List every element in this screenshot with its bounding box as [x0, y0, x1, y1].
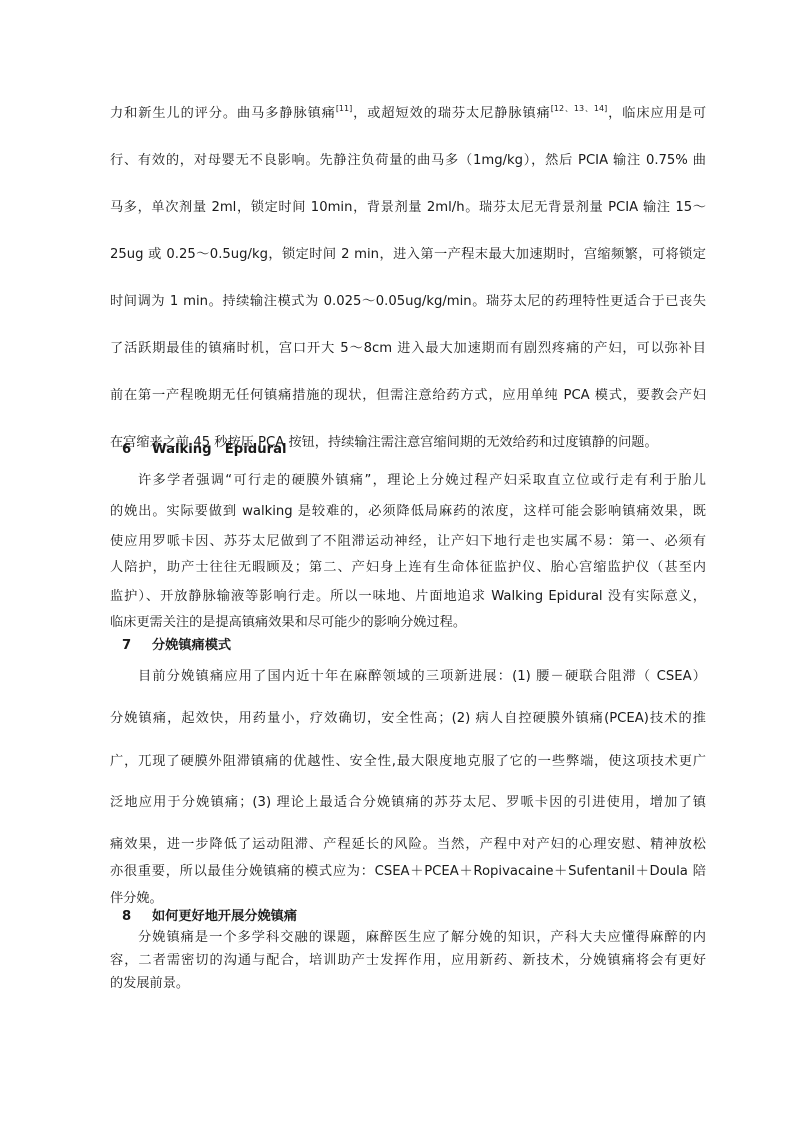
paragraph-line: 25ug 或 0.25～0.5ug/kg，锁定时间 2 min，进入第一产程末最…	[110, 246, 706, 264]
citation: [11]	[336, 104, 352, 113]
section-number: 7	[122, 637, 152, 655]
paragraph-line: 了活跃期最佳的镇痛时机，宫口开大 5～8cm 进入最大加速期而有剧烈疼痛的产妇，…	[110, 340, 706, 358]
paragraph-line: 使应用罗哌卡因、苏芬太尼做到了不阻滞运动神经，让产妇下地行走也实属不易：第一、必…	[110, 533, 706, 551]
paragraph-line: 人陪护，助产士往往无暇顾及；第二、产妇身上连有生命体征监护仪、胎心宫缩监护仪（甚…	[110, 559, 706, 577]
paragraph-line: 痛效果，进一步降低了运动阻滞、产程延长的风险。当然，产程中对产妇的心理安慰、精神…	[110, 836, 706, 854]
section-title: 如何更好地开展分娩镇痛	[152, 909, 297, 924]
section-title: 分娩镇痛模式	[152, 638, 231, 653]
section-number: 8	[122, 908, 152, 926]
section-number: 6	[122, 441, 152, 459]
paragraph-line: 行、有效的，对母婴无不良影响。先静注负荷量的曲马多（1mg/kg），然后 PCI…	[110, 152, 706, 170]
paragraph-line: 容，二者需密切的沟通与配合，培训助产士发挥作用，应用新药、新技术，分娩镇痛将会有…	[110, 952, 706, 970]
paragraph-line: 分娩镇痛是一个多学科交融的课题，麻醉医生应了解分娩的知识，产科大夫应懂得麻醉的内	[138, 929, 706, 947]
text-span: ，临床应用是可	[607, 106, 706, 121]
paragraph-line: 广，兀现了硬膜外阻滞镇痛的优越性、安全性,最大限度地克服了它的一些弊端，使这项技…	[110, 753, 706, 771]
paragraph-line: 前在第一产程晚期无任何镇痛措施的现状，但需注意给药方式，应用单纯 PCA 模式，…	[110, 387, 706, 405]
section-heading-7: 7分娩镇痛模式	[122, 637, 231, 655]
paragraph-line: 伴分娩。	[110, 890, 706, 908]
section-title: Walking Epidural	[152, 442, 287, 457]
paragraph-line: 监护）、开放静脉输液等影响行走。所以一味地、片面地追求 Walking Epid…	[110, 588, 706, 606]
paragraph-line: 泛地应用于分娩镇痛；(3) 理论上最适合分娩镇痛的苏芬太尼、罗哌卡因的引进使用，…	[110, 794, 706, 812]
paragraph-line: 分娩镇痛，起效快，用药量小，疗效确切，安全性高；(2) 病人自控硬膜外镇痛(PC…	[110, 710, 706, 728]
text-span: ，或超短效的瑞芬太尼静脉镇痛	[352, 106, 551, 121]
paragraph-line: 时间调为 1 min。持续输注模式为 0.025～0.05ug/kg/min。瑞…	[110, 293, 706, 311]
paragraph-line: 力和新生儿的评分。曲马多静脉镇痛[11]，或超短效的瑞芬太尼静脉镇痛[12、13…	[110, 105, 706, 123]
paragraph-line: 马多，单次剂量 2ml，锁定时间 10min，背景剂量 2ml/h。瑞芬太尼无背…	[110, 199, 706, 217]
paragraph-line: 的发展前景。	[110, 975, 706, 993]
paragraph-line: 临床更需关注的是提高镇痛效果和尽可能少的影响分娩过程。	[110, 614, 706, 632]
text-span: 力和新生儿的评分。曲马多静脉镇痛	[110, 106, 336, 121]
paragraph-line: 目前分娩镇痛应用了国内近十年在麻醉领域的三项新进展：(1) 腰－硬联合阻滞（ C…	[138, 668, 706, 686]
paragraph-line: 亦很重要，所以最佳分娩镇痛的模式应为：CSEA＋PCEA＋Ropivacaine…	[110, 863, 706, 881]
paragraph-line: 的娩出。实际要做到 walking 是较难的，必须降低局麻药的浓度，这样可能会影…	[110, 503, 706, 521]
citation: [12、13、14]	[551, 104, 607, 113]
section-heading-8: 8如何更好地开展分娩镇痛	[122, 908, 297, 926]
section-heading-6: 6Walking Epidural	[122, 441, 287, 459]
paragraph-line: 许多学者强调“可行走的硬膜外镇痛”，理论上分娩过程产妇采取直立位或行走有利于胎儿	[138, 472, 706, 490]
